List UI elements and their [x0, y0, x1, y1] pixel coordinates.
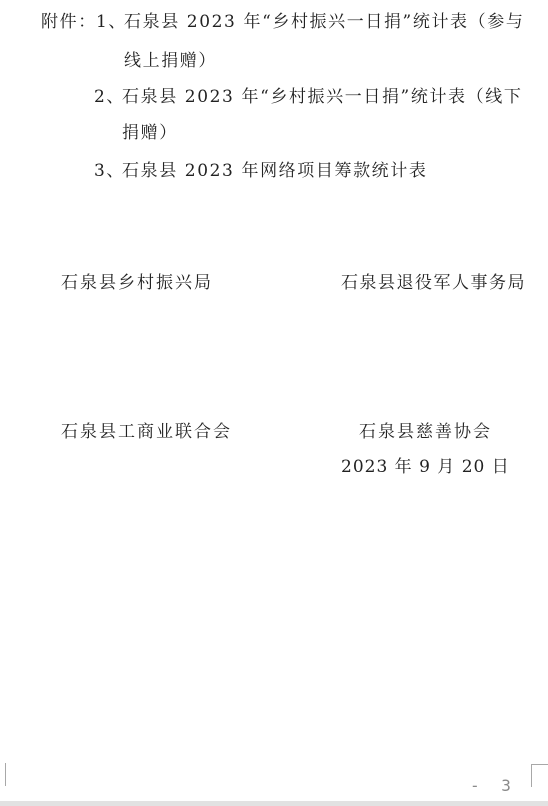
- signature-org-commerce-federation: 石泉县工商业联合会: [61, 422, 232, 442]
- attachment-3-title: 石泉县 2023 年网络项目筹款统计表: [122, 161, 427, 181]
- signature-org-rural-revitalization: 石泉县乡村振兴局: [61, 273, 213, 293]
- crop-mark-right: [531, 764, 548, 787]
- attachment-2-number: 2、: [94, 87, 125, 107]
- page-bottom-edge: [0, 801, 548, 806]
- attachment-1-title-cont: 线上捐赠）: [124, 51, 217, 71]
- attachment-prefix: 附件：: [41, 12, 97, 32]
- attachment-1-title: 石泉县 2023 年“乡村振兴一日捐”统计表（参与: [124, 12, 524, 32]
- signature-org-charity-association: 石泉县慈善协会: [359, 422, 492, 442]
- signature-date: 2023 年 9 月 20 日: [341, 457, 510, 477]
- attachment-2-title-cont: 捐赠）: [122, 123, 178, 143]
- attachment-1-number: 1、: [96, 12, 127, 32]
- attachment-2-title: 石泉县 2023 年“乡村振兴一日捐”统计表（线下: [122, 87, 522, 107]
- crop-mark-left: [0, 763, 6, 786]
- signature-org-veterans-affairs: 石泉县退役军人事务局: [341, 273, 526, 293]
- attachment-3-number: 3、: [94, 161, 125, 181]
